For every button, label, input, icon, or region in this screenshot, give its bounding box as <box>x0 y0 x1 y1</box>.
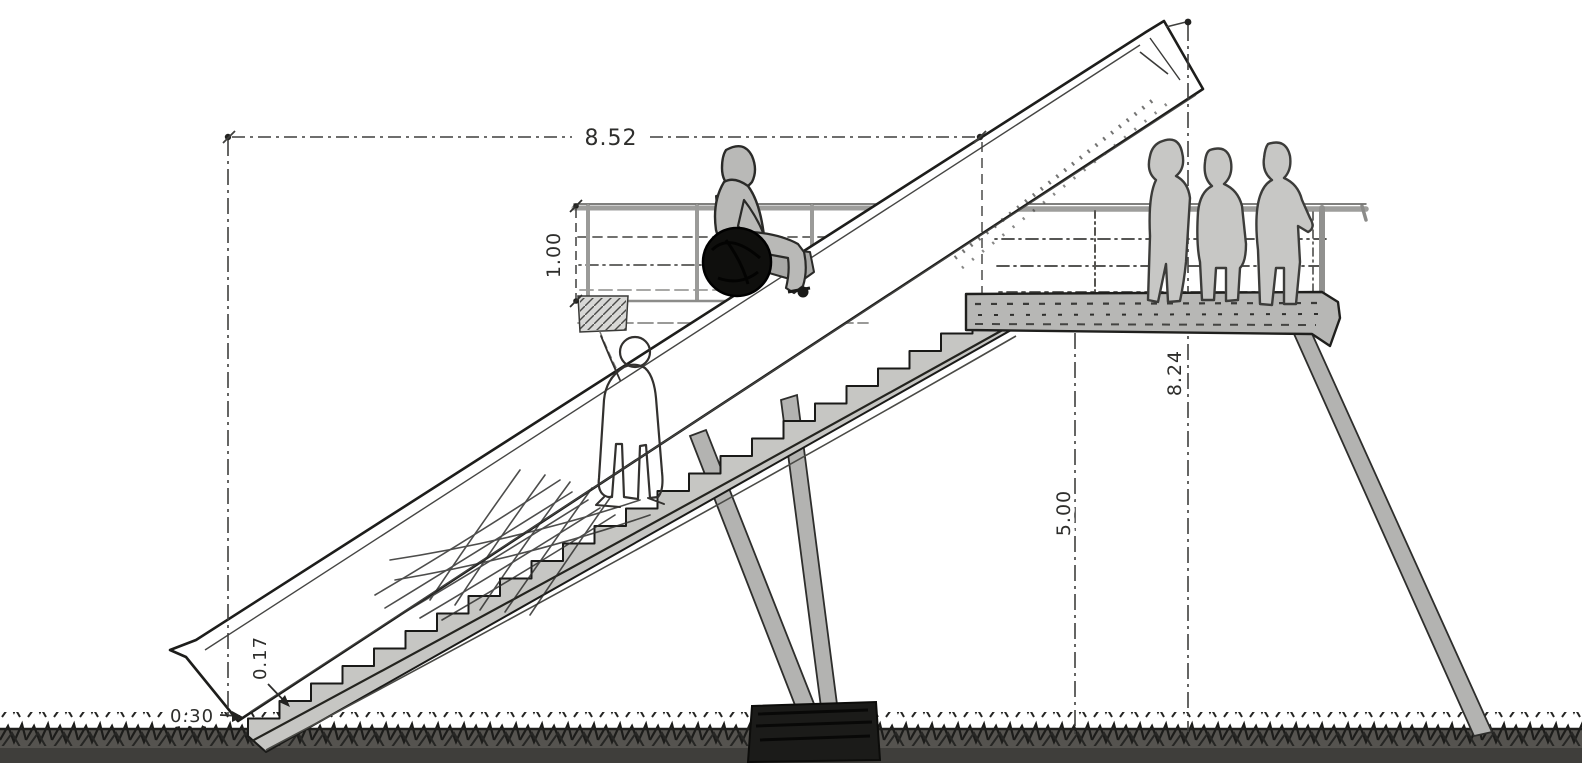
dim-marker <box>1185 19 1192 26</box>
dim-text-step-riser: 0.17 <box>250 636 271 680</box>
wheelchair-wheel <box>703 228 771 296</box>
dim-text-ramp-run: 8.52 <box>585 126 638 151</box>
wheelchair-user-figure <box>703 146 814 297</box>
support-legs <box>690 316 1492 762</box>
dim-text-step-base: 0.30 <box>170 706 214 727</box>
visitor-figure-1 <box>1148 140 1190 302</box>
visitor-figure-3 <box>1256 143 1312 306</box>
dim-text-platform-height: 5.00 <box>1053 490 1075 536</box>
dim-text-total-height: 8.24 <box>1164 350 1186 396</box>
ramp-slab-body <box>170 21 1203 721</box>
platform-visitors <box>1148 140 1313 305</box>
support-leg <box>1286 316 1492 736</box>
dim-text-railing-height: 1.00 <box>543 232 565 278</box>
ramp-slab <box>170 21 1203 721</box>
sketch-canvas: 8.52 1.00 8.24 5.00 0.17 0.30 <box>0 0 1582 763</box>
wheelchair-caster <box>798 287 809 298</box>
visitor-figure-2 <box>1197 149 1246 302</box>
architectural-section-sketch: 8.52 1.00 8.24 5.00 0.17 0.30 <box>0 0 1582 763</box>
